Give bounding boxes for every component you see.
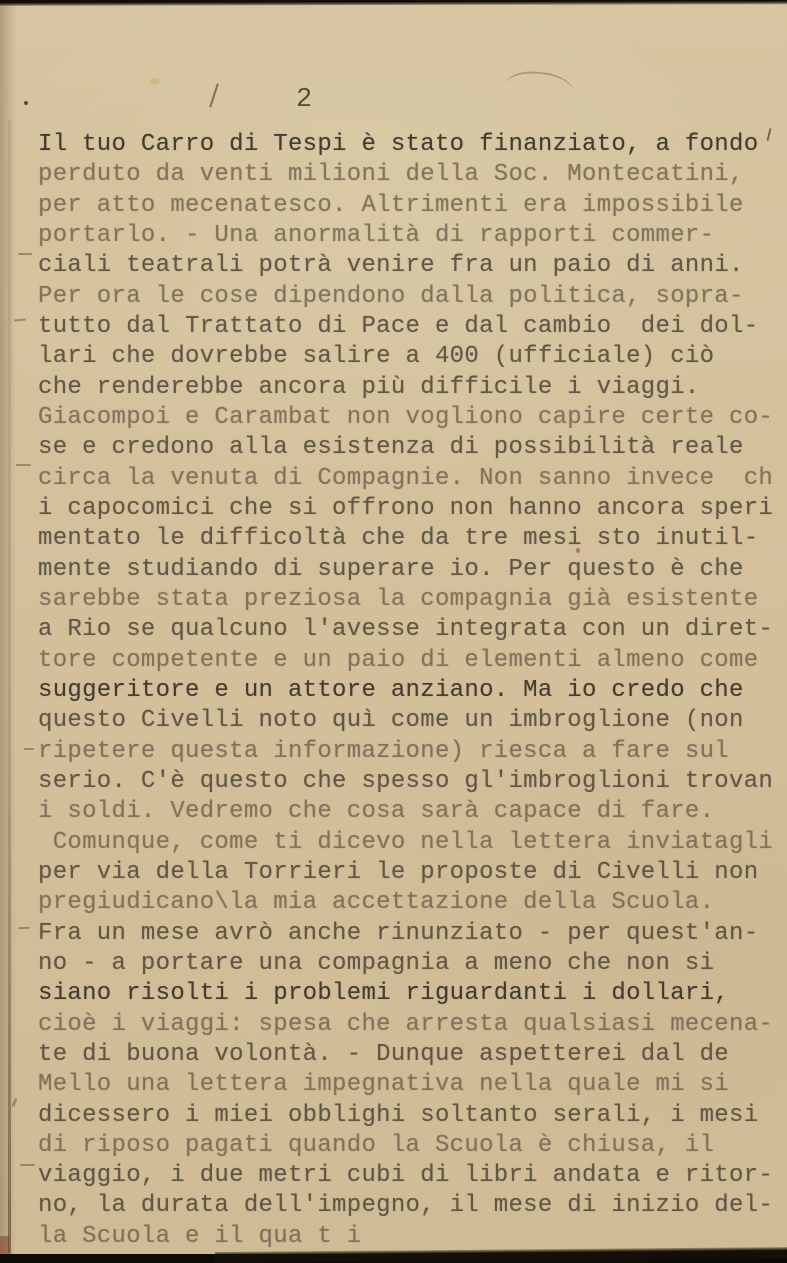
letter-page: 2 Il tuo Carro di Tespi è stato finanzia…	[0, 0, 787, 1254]
letter-body: Il tuo Carro di Tespi è stato finanziato…	[38, 130, 786, 1252]
margin-dash-mark	[20, 1164, 35, 1166]
letter-line: a Rio se qualcuno l'avesse integrata con…	[38, 615, 786, 645]
letter-line: siano risolti i problemi riguardanti i d…	[38, 979, 786, 1009]
letter-line: per atto mecenatesco. Altrimenti era imp…	[38, 191, 786, 221]
letter-line: pregiudicano\la mia accettazione della S…	[38, 888, 786, 918]
letter-line: tore competente e un paio di elementi al…	[38, 646, 786, 676]
letter-line: mente studiando di superare io. Per ques…	[38, 555, 786, 585]
letter-line: portarlo. - Una anormalità di rapporti c…	[38, 221, 786, 251]
letter-line: viaggio, i due metri cubi di libri andat…	[38, 1161, 786, 1191]
letter-line: i soldi. Vedremo che cosa sarà capace di…	[38, 797, 786, 827]
letter-line: sarebbe stata preziosa la compagnia già …	[38, 585, 786, 615]
paper-stain	[150, 78, 160, 85]
paper-crease	[8, 120, 11, 1254]
letter-line: di riposo pagati quando la Scuola è chiu…	[38, 1131, 786, 1161]
letter-line: ciali teatrali potrà venire fra un paio …	[38, 251, 786, 281]
letter-line: cioè i viaggi: spesa che arresta qualsia…	[38, 1010, 786, 1040]
photo-top-edge	[0, 0, 787, 6]
letter-line: perduto da venti milioni della Soc. Mont…	[38, 160, 786, 190]
margin-dash-mark	[24, 748, 34, 750]
letter-line: che renderebbe ancora più difficile i vi…	[38, 373, 786, 403]
slash-mark	[209, 83, 219, 107]
letter-line: no, la durata dell'impegno, il mese di i…	[38, 1191, 786, 1221]
paper-speck	[576, 548, 580, 553]
letter-line: circa la venuta di Compagnie. Non sanno …	[38, 464, 786, 494]
letter-line: per via della Torrieri le proposte di Ci…	[38, 858, 786, 888]
letter-line: serio. C'è questo che spesso gl'imbrogli…	[38, 767, 786, 797]
margin-dash-mark	[18, 253, 32, 255]
paper-speck	[24, 101, 28, 105]
letter-line: i capocomici che si offrono non hanno an…	[38, 494, 786, 524]
letter-line: te di buona volontà. - Dunque aspetterei…	[38, 1040, 786, 1070]
letter-line: suggeritore e un attore anziano. Ma io c…	[38, 676, 786, 706]
letter-line: lari che dovrebbe salire a 400 (ufficial…	[38, 342, 786, 372]
letter-line: mentato le difficoltà che da tre mesi st…	[38, 524, 786, 554]
letter-line: questo Civelli noto quì come un imbrogli…	[38, 706, 786, 736]
letter-line: se e credono alla esistenza di possibili…	[38, 433, 786, 463]
letter-line: ripetere questa informazione) riesca a f…	[38, 737, 786, 767]
pencil-curve-mark	[504, 70, 575, 95]
letter-line: Comunque, come ti dicevo nella lettera i…	[38, 828, 786, 858]
letter-line: no - a portare una compagnia a meno che …	[38, 949, 786, 979]
paper-edge-stain	[0, 1236, 9, 1254]
margin-dash-mark	[16, 464, 31, 466]
letter-line: Giacompoi e Carambat non vogliono capire…	[38, 403, 786, 433]
letter-line: Il tuo Carro di Tespi è stato finanziato…	[38, 130, 786, 160]
letter-line: Fra un mese avrò anche rinunziato - per …	[38, 919, 786, 949]
letter-line: dicessero i miei obblighi soltanto seral…	[38, 1101, 786, 1131]
letter-line: Per ora le cose dipendono dalla politica…	[38, 282, 786, 312]
margin-dash-mark	[18, 927, 30, 930]
letter-line: Mello una lettera impegnativa nella qual…	[38, 1070, 786, 1100]
letter-line: tutto dal Trattato di Pace e dal cambio …	[38, 312, 786, 342]
page-number: 2	[296, 85, 312, 115]
